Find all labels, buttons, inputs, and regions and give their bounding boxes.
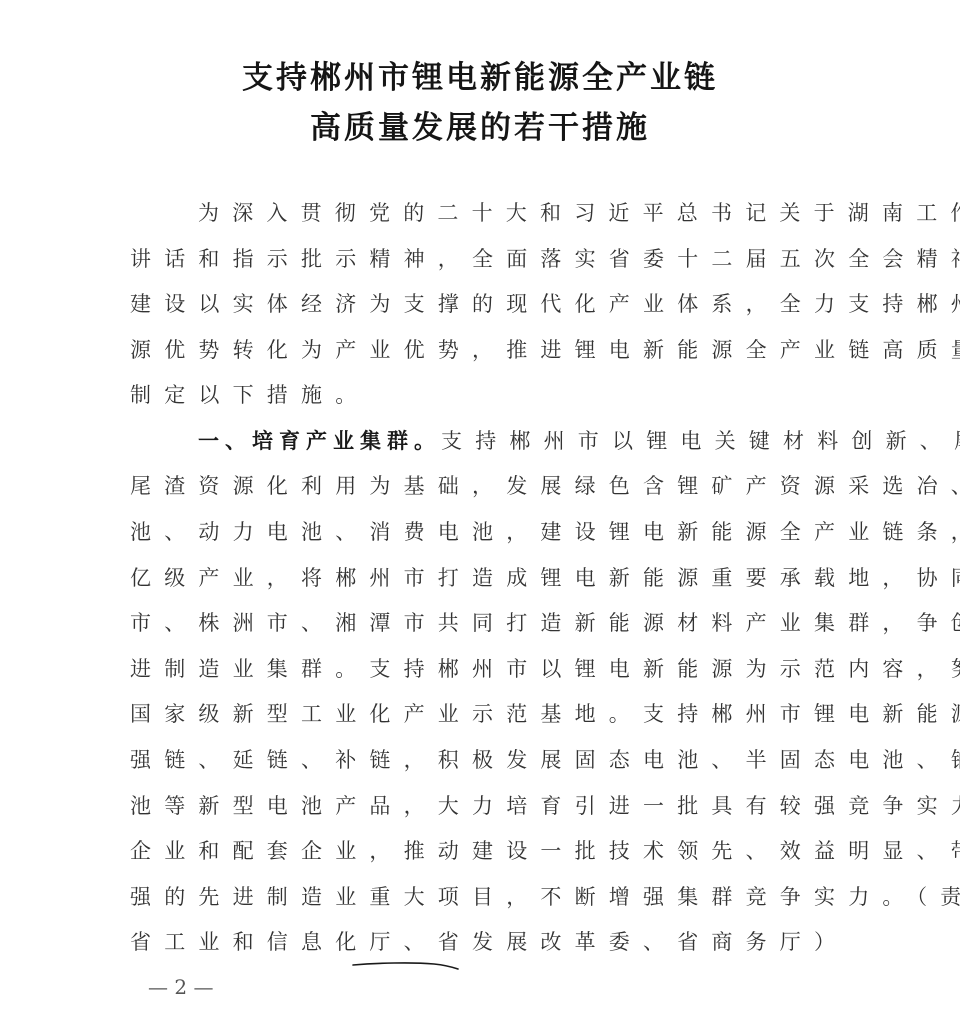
intro-line: 为深入贯彻党的二十大和习近平总书记关于湖南工作的重要: [198, 195, 918, 231]
section-1-line: 池等新型电池产品，大力培育引进一批具有较强竞争实力的龙头: [130, 788, 850, 824]
section-1-line: 市、株洲市、湘潭市共同打造新能源材料产业集群，争创国家先: [130, 605, 850, 641]
section-1-line: 强链、延链、补链，积极发展固态电池、半固态电池、钠离子电: [130, 742, 850, 778]
handwritten-underline-mark: [352, 962, 460, 970]
intro-line: 源优势转化为产业优势，推进锂电新能源全产业链高质量发展，: [130, 332, 850, 368]
section-1-line: 亿级产业，将郴州市打造成锂电新能源重要承载地，协同长沙: [130, 560, 850, 596]
section-1-heading: 一、培育产业集群。: [198, 429, 441, 453]
document-title-line-1: 支持郴州市锂电新能源全产业链: [0, 58, 960, 98]
page-number: — 2 —: [148, 973, 213, 1001]
document-title-line-2: 高质量发展的若干措施: [0, 108, 960, 148]
section-1-line: 尾渣资源化利用为基础，发展绿色含锂矿产资源采选冶、储能电: [130, 468, 850, 504]
section-1-line: 进制造业集群。支持郴州市以锂电新能源为示范内容，努力创建: [130, 651, 850, 687]
section-1-line: 强的先进制造业重大项目，不断增强集群竞争实力。（责任单位：: [130, 879, 850, 915]
section-1-first-line: 一、培育产业集群。支持郴州市以锂电关键材料创新、尾矿: [198, 423, 918, 459]
intro-line: 制定以下措施。: [130, 377, 850, 413]
section-1-line: 企业和配套企业，推动建设一批技术领先、效益明显、带动作用: [130, 833, 850, 869]
section-1-line: 池、动力电池、消费电池，建设锂电新能源全产业链条，培育千: [130, 514, 850, 550]
section-1-responsible-units: 省工业和信息化厅、省发展改革委、省商务厅）: [130, 924, 850, 960]
section-1-first-line-text: 支持郴州市以锂电关键材料创新、尾矿: [441, 429, 960, 453]
intro-line: 建设以实体经济为支撑的现代化产业体系，全力支持郴州市把资: [130, 286, 850, 322]
intro-line: 讲话和指示批示精神，全面落实省委十二届五次全会精神，加快: [130, 241, 850, 277]
section-1-line: 国家级新型工业化产业示范基地。支持郴州市锂电新能源产业链: [130, 696, 850, 732]
